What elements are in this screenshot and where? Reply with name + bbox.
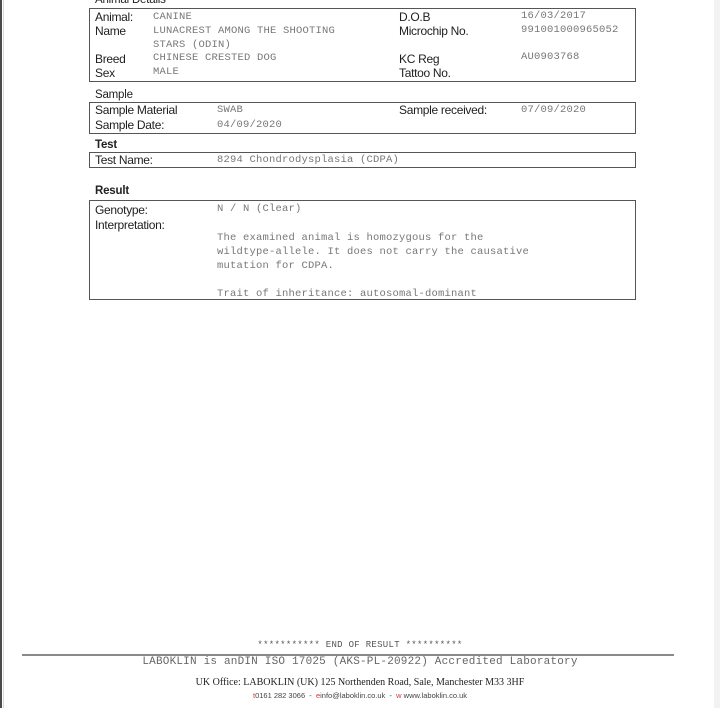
test-title: Test <box>95 139 117 151</box>
microchip-label: Microchip No. <box>399 24 468 38</box>
test-name-value: 8294 Chondrodysplasia (CDPA) <box>217 154 399 166</box>
sample-material-label: Sample Material <box>95 103 177 117</box>
email-link[interactable]: info@laboklin.co.uk <box>320 691 385 700</box>
test-name-label: Test Name: <box>95 153 153 167</box>
result-title: Result <box>95 185 129 197</box>
sex-value: MALE <box>153 66 179 78</box>
genotype-label: Genotype: <box>95 203 148 217</box>
animal-details-title: Animal Details <box>95 0 166 6</box>
name-value-line2: STARS (ODIN) <box>153 39 231 51</box>
dob-label: D.O.B <box>399 10 430 24</box>
website-link[interactable]: www.laboklin.co.uk <box>404 691 467 700</box>
separator: - <box>389 691 392 700</box>
dob-value: 16/03/2017 <box>521 10 586 22</box>
office-address: UK Office: LABOKLIN (UK) 125 Northenden … <box>0 677 720 688</box>
kc-reg-value: AU0903768 <box>521 51 580 63</box>
name-label: Name <box>95 24 126 38</box>
separator: - <box>309 691 312 700</box>
sex-label: Sex <box>95 66 115 80</box>
kc-reg-label: KC Reg <box>399 52 439 66</box>
interpretation-line-3: mutation for CDPA. <box>217 260 334 272</box>
breed-value: CHINESE CRESTED DOG <box>153 52 277 64</box>
sample-date-label: Sample Date: <box>95 118 164 132</box>
breed-label: Breed <box>95 52 126 66</box>
tattoo-label: Tattoo No. <box>399 66 451 80</box>
name-value: LUNACREST AMONG THE SHOOTING <box>153 25 335 37</box>
accreditation-text: LABOKLIN is anDIN ISO 17025 (AKS-PL-2092… <box>0 656 720 668</box>
sample-received-label: Sample received: <box>399 103 487 117</box>
contact-line: t0161 282 3066 - einfo@laboklin.co.uk - … <box>0 691 720 700</box>
animal-label: Animal: <box>95 10 133 24</box>
genotype-value: N / N (Clear) <box>217 203 302 215</box>
animal-value: CANINE <box>153 11 192 23</box>
interpretation-line-1: The examined animal is homozygous for th… <box>217 232 484 244</box>
microchip-value: 991001000965052 <box>521 24 619 36</box>
page-edge-shadow <box>3 0 4 708</box>
web-key: w <box>396 691 401 700</box>
sample-received-value: 07/09/2020 <box>521 104 586 116</box>
sample-material-value: SWAB <box>217 104 243 116</box>
page-edge-right <box>714 0 720 708</box>
inheritance-text: Trait of inheritance: autosomal-dominant <box>217 288 477 300</box>
sample-title: Sample <box>95 89 133 101</box>
page-edge-left <box>0 0 2 708</box>
end-of-result-marker: *********** END OF RESULT ********** <box>0 640 720 650</box>
phone-number[interactable]: 0161 282 3066 <box>255 691 305 700</box>
sample-date-value: 04/09/2020 <box>217 119 282 131</box>
interpretation-label: Interpretation: <box>95 218 165 232</box>
interpretation-line-2: wildtype-allele. It does not carry the c… <box>217 246 529 258</box>
